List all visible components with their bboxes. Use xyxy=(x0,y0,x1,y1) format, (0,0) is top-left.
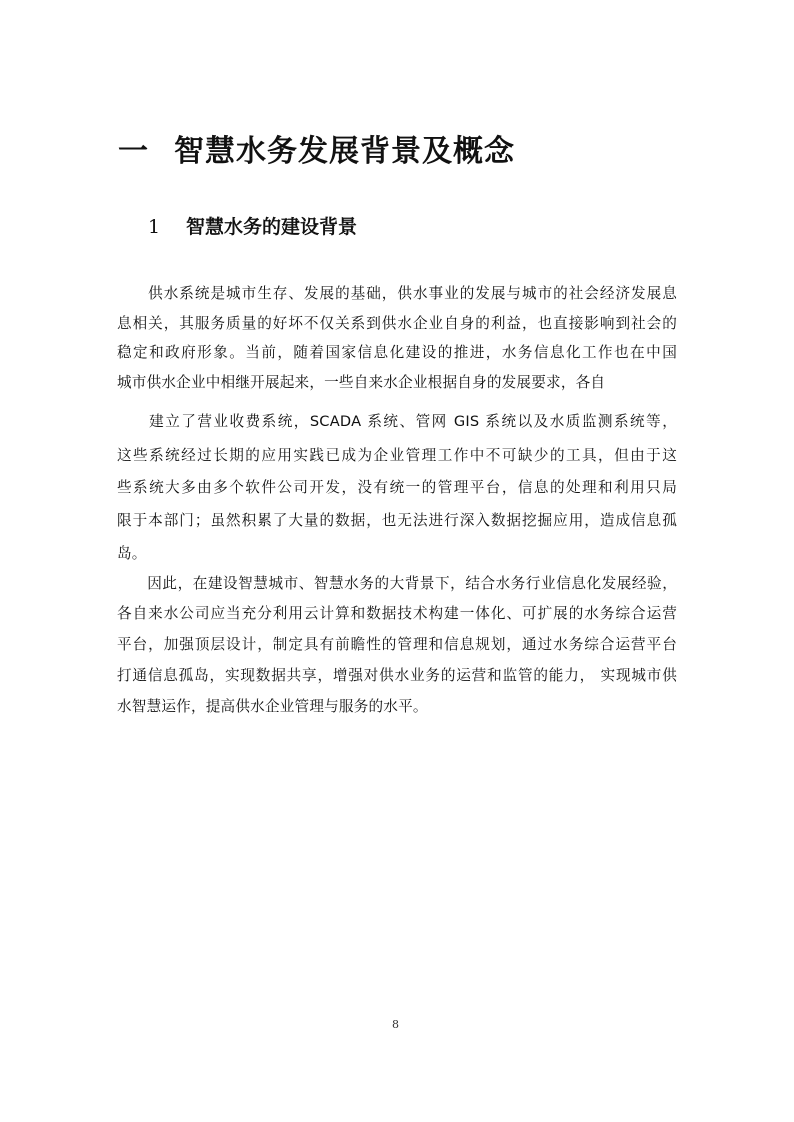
text-line: 些系统大多由多个软件公司开发，没有统一的管理平台，信息的处理和利用只局 xyxy=(117,478,677,498)
text-line: 打通信息孤岛，实现数据共享，增强对供水业务的运营和监管的能力， 实现城市供 xyxy=(117,666,677,686)
text-line: 限于本部门；虽然积累了大量的数据，也无法进行深入数据挖掘应用，造成信息孤 xyxy=(117,511,677,531)
text-line: 供水系统是城市生存、发展的基础，供水事业的发展与城市的社会经济发展息 xyxy=(117,284,677,304)
chapter-number: 一 xyxy=(118,126,174,170)
text-line: 各自来水公司应当充分利用云计算和数据技术构建一体化、可扩展的水务综合运营 xyxy=(117,604,677,624)
section-number: 1 xyxy=(148,216,186,238)
text-line: 水智慧运作，提高供水企业管理与服务的水平。 xyxy=(117,697,677,717)
text-line: 因此，在建设智慧城市、智慧水务的大背景下，结合水务行业信息化发展经验， xyxy=(117,574,677,594)
text-line: 城市供水企业中相继开展起来，一些自来水企业根据自身的发展要求，各自 xyxy=(117,373,677,393)
chapter-title: 智慧水务发展背景及概念 xyxy=(174,134,515,169)
page-number: 8 xyxy=(392,1018,399,1031)
text-line: 建立了营业收费系统，SCADA 系统、管网 GIS 系统以及水质监测系统等， xyxy=(117,412,677,432)
text-line: 这些系统经过长期的应用实践已成为企业管理工作中不可缺少的工具，但由于这 xyxy=(117,446,677,466)
text-line: 岛。 xyxy=(117,544,677,564)
text-line: 息相关，其服务质量的好坏不仅关系到供水企业自身的利益，也直接影响到社会的 xyxy=(117,314,677,334)
text-line: 平台，加强顶层设计，制定具有前瞻性的管理和信息规划，通过水务综合运营平台 xyxy=(117,635,677,655)
section-heading: 1智慧水务的建设背景 xyxy=(148,212,357,239)
text-line: 稳定和政府形象。当前，随着国家信息化建设的推进，水务信息化工作也在中国 xyxy=(117,343,677,363)
chapter-heading: 一智慧水务发展背景及概念 xyxy=(118,126,515,170)
section-title: 智慧水务的建设背景 xyxy=(186,216,357,238)
